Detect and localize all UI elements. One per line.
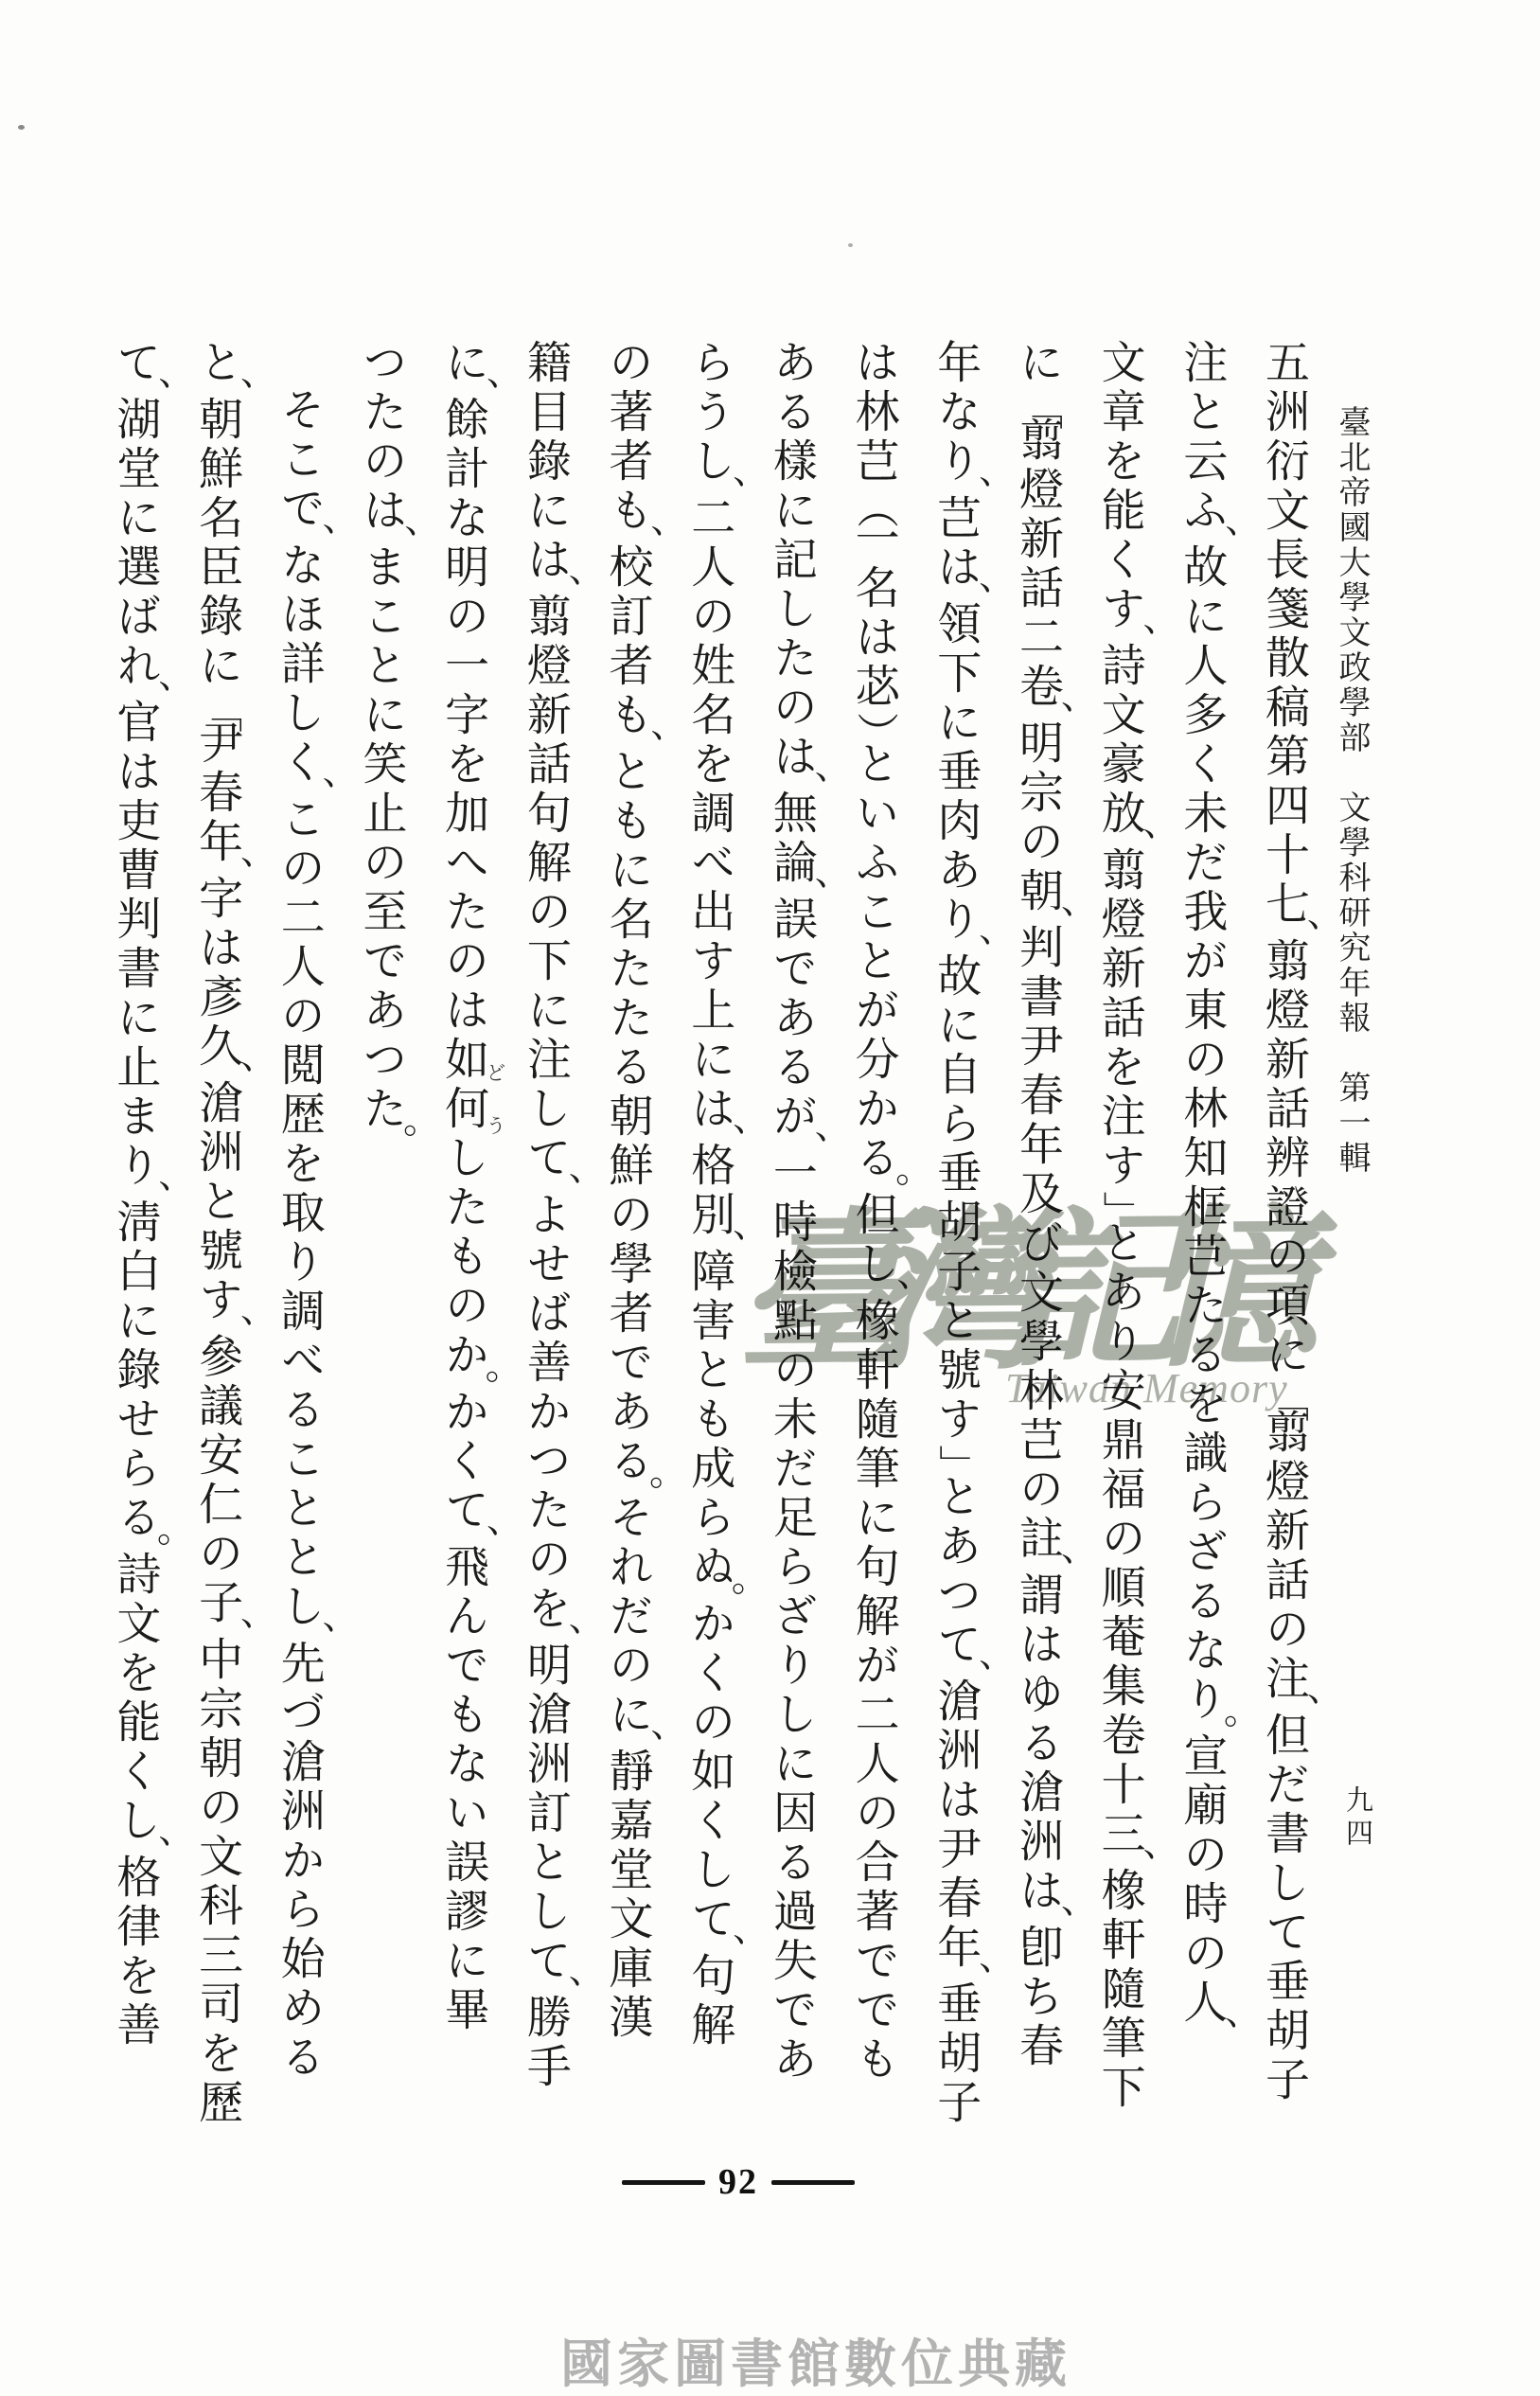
scan-speck (848, 243, 853, 247)
text-column-9: の著者も、校訂者も、ともに名たたる朝鮮の學者である。それだのに、靜嘉堂文庫漢 (586, 339, 668, 2194)
digitization-footer: 國家圖書館數位典藏 (560, 2322, 1071, 2396)
scan-speck (18, 125, 25, 130)
body-text-block: 五洲衍文長箋散稿第四十七、翦燈新話辨證の項に「翦燈新話の注、但だ書して垂胡子注と… (93, 339, 1324, 2194)
text-column-7: ある樣に記したのは、無論、誤であるが、一時檢點の未だ足らざりしに因る過失であ (750, 339, 832, 2194)
page-number-value: 92 (718, 2161, 758, 2203)
text-column-8: らうし、二人の姓名を調べ出す上には、格別、障害とも成らぬ。かくの如くして、句解 (668, 339, 751, 2194)
text-column-3: 文章を能くす、詩文豪放、翦燈新話を注す」とあり安鼎福の順菴集卷十三、橡軒隨筆下 (1078, 339, 1160, 2194)
text-column-1: 五洲衍文長箋散稿第四十七、翦燈新話辨證の項に「翦燈新話の注、但だ書して垂胡子 (1242, 339, 1324, 2194)
text-column-10: 籍目錄には、翦燈新話句解の下に注して、よせば善かつたのを、明滄洲訂として、勝手 (504, 339, 586, 2194)
page-number-dash (622, 2180, 705, 2185)
text-column-4: に「翦燈新話二卷、明宗の朝、判書尹春年及び文學林芑の註、謂はゆる滄洲は、卽ち春 (996, 339, 1078, 2194)
ruby-kana: ど (485, 1062, 504, 1082)
journal-header-column: 臺北帝國大學文政學部 文學科研究年報 第一輯 (1324, 405, 1377, 1352)
folio-number: 九四 (1333, 1785, 1382, 1852)
text-column-15: て、湖堂に選ばれ、官は吏曹判書に止まり、淸白に錄せらる。詩文を能くし、格律を善 (94, 339, 176, 2194)
ruby-kana: う (485, 1115, 504, 1135)
text-column-6: は林芑（一名は苾）といふことが分かる。但し、橡軒隨筆に句解が二人の合著ででも (832, 339, 914, 2194)
page-number: 92 (596, 2160, 880, 2204)
page-number-dash (771, 2180, 855, 2185)
text-column-2: 注と云ふ、故に人多く未だ我が東の林知框芑たるを識らざるなり。宣廟の時の人、 (1160, 339, 1243, 2194)
text-column-13: そこで、なほ詳しく、この二人の閲歴を取り調べることとし、先づ滄洲から始める (257, 339, 340, 2194)
text-column-12: つたのは、まことに笑止の至であつた。 (340, 339, 422, 2194)
scanned-document-page: 臺北帝國大學文政學部 文學科研究年報 第一輯 九四 五洲衍文長箋散稿第四十七、翦… (0, 0, 1540, 2396)
text-column-11: に、餘計な明の一字を加へたのは如何したものか。かくて、飛んでもない誤謬に畢 (421, 339, 504, 2194)
text-column-14: と、朝鮮名臣錄に「尹春年、字は彥久、滄洲と號す、參議安仁の子、中宗朝の文科三司を… (175, 339, 257, 2194)
text-column-5: 年なり、芑は、領下に垂肉あり、故に自ら垂胡子と號す」とあつて、滄洲は尹春年、垂胡… (914, 339, 997, 2194)
